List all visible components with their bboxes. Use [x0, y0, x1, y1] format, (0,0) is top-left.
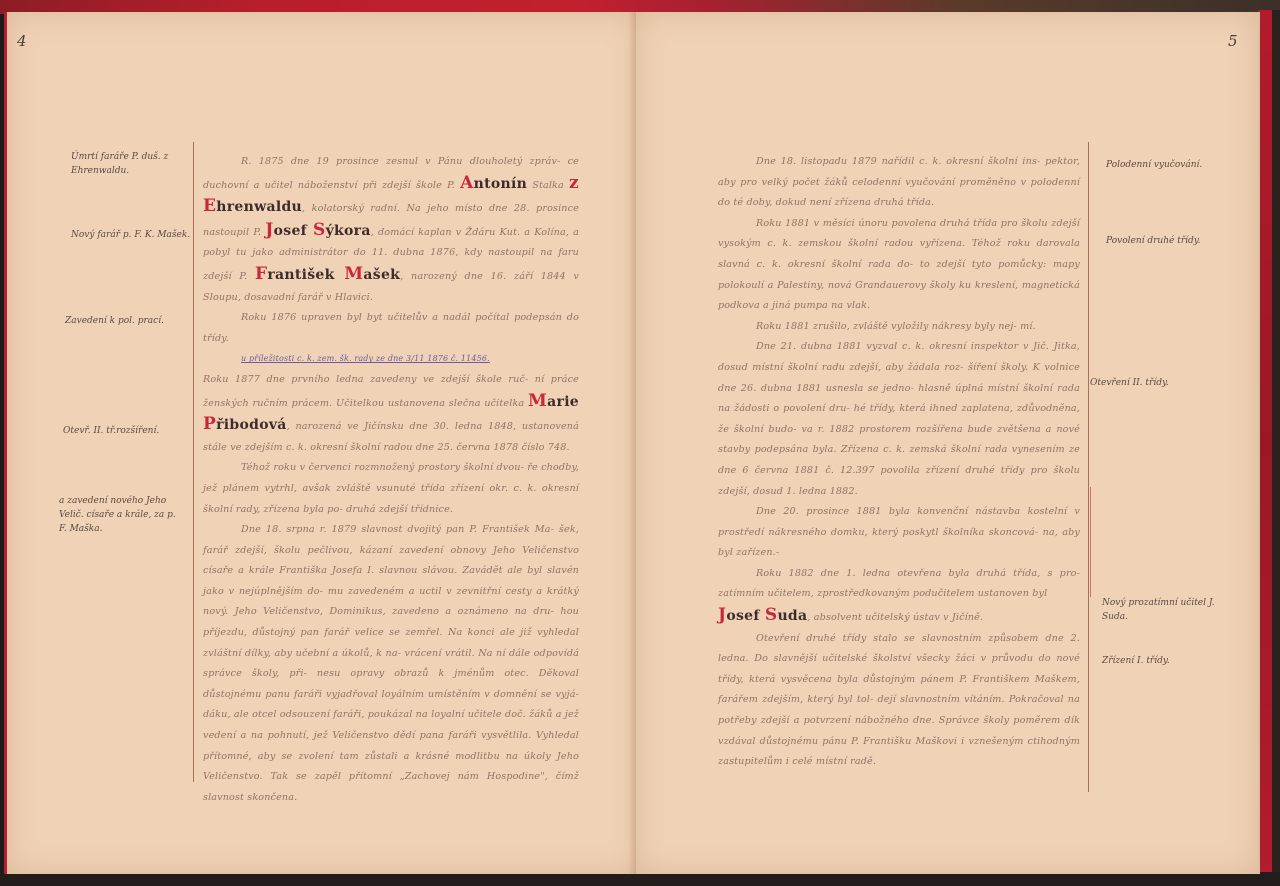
interlinear-insertion: u příležitosti c. k. zem. šk. rady ze dn…	[241, 354, 490, 363]
margin-note-left-3: Zavedení k pol. prací.	[65, 314, 195, 328]
handwritten-name-josef-suda: Josef Suda	[718, 608, 807, 624]
left-page: 4 Úmrtí faráře P. duš. z Ehrenwaldu. Nov…	[4, 12, 639, 874]
book-cover-bottom-edge	[0, 872, 1280, 886]
name-text: rantišek	[267, 267, 344, 283]
name-text: řibodová	[216, 417, 287, 433]
handwritten-name-antonin-stalka: Antonín	[460, 176, 527, 192]
paragraph-1: R. 1875 dne 19 prosince zesnul v Pánu dl…	[203, 152, 579, 308]
red-initial: P	[203, 414, 216, 434]
text-segment: Stalka	[532, 180, 564, 191]
handwritten-name-josef-sykora: Josef Sýkora	[265, 223, 370, 239]
margin-rule-red-mark	[1090, 487, 1091, 597]
margin-note-right-2: Povolení druhé třídy.	[1106, 234, 1236, 248]
red-initial: M	[528, 391, 547, 411]
name-text: ntonín	[474, 176, 527, 192]
text-segment: Roku 1877 dne prvního ledna zavedeny ve …	[203, 374, 579, 409]
paragraph-3: Roku 1881 zrušilo, zvláště vyložily nákr…	[718, 317, 1080, 338]
paragraph-4: Téhož roku v červenci rozmnožený prostor…	[203, 458, 579, 520]
paragraph-4: Dne 21. dubna 1881 vyzval c. k. okresní …	[718, 337, 1080, 502]
red-initial: M	[344, 264, 363, 284]
name-text: arie	[547, 394, 579, 410]
red-initial: J	[265, 220, 273, 240]
book-cover-right-edge	[1258, 10, 1280, 876]
margin-note-left-1: Úmrtí faráře P. duš. z Ehrenwaldu.	[71, 150, 187, 178]
right-page: 5 Polodenní vyučování. Povolení druhé tř…	[636, 12, 1260, 874]
margin-note-left-5: a zavedení nového Jeho Velič. císaře a k…	[59, 494, 184, 536]
text-segment: , absolvent učitelský ústav v Jičíně.	[807, 612, 983, 623]
left-page-body: R. 1875 dne 19 prosince zesnul v Pánu dl…	[203, 152, 579, 808]
name-text: osef	[274, 223, 313, 239]
margin-note-left-4: Otevř. II. tř.rozšíření.	[63, 424, 193, 438]
margin-note-left-2: Nový farář p. F. K. Mašek.	[71, 228, 201, 242]
name-text: ýkora	[326, 223, 371, 239]
name-text: uda	[777, 608, 807, 624]
margin-note-right-5: Zřízení I. třídy.	[1102, 654, 1232, 668]
paragraph-1: Dne 18. listopadu 1879 nařídil c. k. okr…	[718, 152, 1080, 214]
paragraph-5: Dne 20. prosince 1881 byla konvenční nás…	[718, 502, 1080, 564]
handwritten-name-frantisek-masek: František Mašek	[255, 267, 400, 283]
text-segment: Roku 1882 dne 1. ledna otevřena byla dru…	[718, 568, 1080, 600]
name-text: osef	[726, 608, 765, 624]
margin-note-right-4: Nový prozatímní učitel J. Suda.	[1102, 596, 1232, 624]
margin-rule-right	[1088, 142, 1089, 792]
red-initial: S	[313, 220, 326, 240]
right-page-body: Dne 18. listopadu 1879 nařídil c. k. okr…	[718, 152, 1080, 773]
red-initial: F	[255, 264, 267, 284]
paragraph-2: Roku 1876 upraven byl byt učitelův a nad…	[203, 308, 579, 349]
red-initial: S	[765, 605, 778, 625]
name-text: ašek	[363, 267, 400, 283]
margin-note-right-1: Polodenní vyučování.	[1106, 158, 1236, 172]
paragraph-7: Otevření druhé třídy stalo se slavnostní…	[718, 629, 1080, 773]
red-initial: A	[460, 173, 474, 193]
name-text: hrenwaldu	[216, 199, 302, 215]
page-number-left: 4	[17, 32, 27, 50]
paragraph-6: Roku 1882 dne 1. ledna otevřena byla dru…	[718, 564, 1080, 629]
paragraph-2: Roku 1881 v měsíci únoru povolena druhá …	[718, 214, 1080, 317]
page-number-right: 5	[1228, 32, 1238, 50]
margin-note-right-3: Otevření II. třídy.	[1090, 376, 1220, 390]
paragraph-3: u příležitosti c. k. zem. šk. rady ze dn…	[203, 349, 579, 458]
paragraph-5: Dne 18. srpna r. 1879 slavnost dvojitý p…	[203, 520, 579, 808]
